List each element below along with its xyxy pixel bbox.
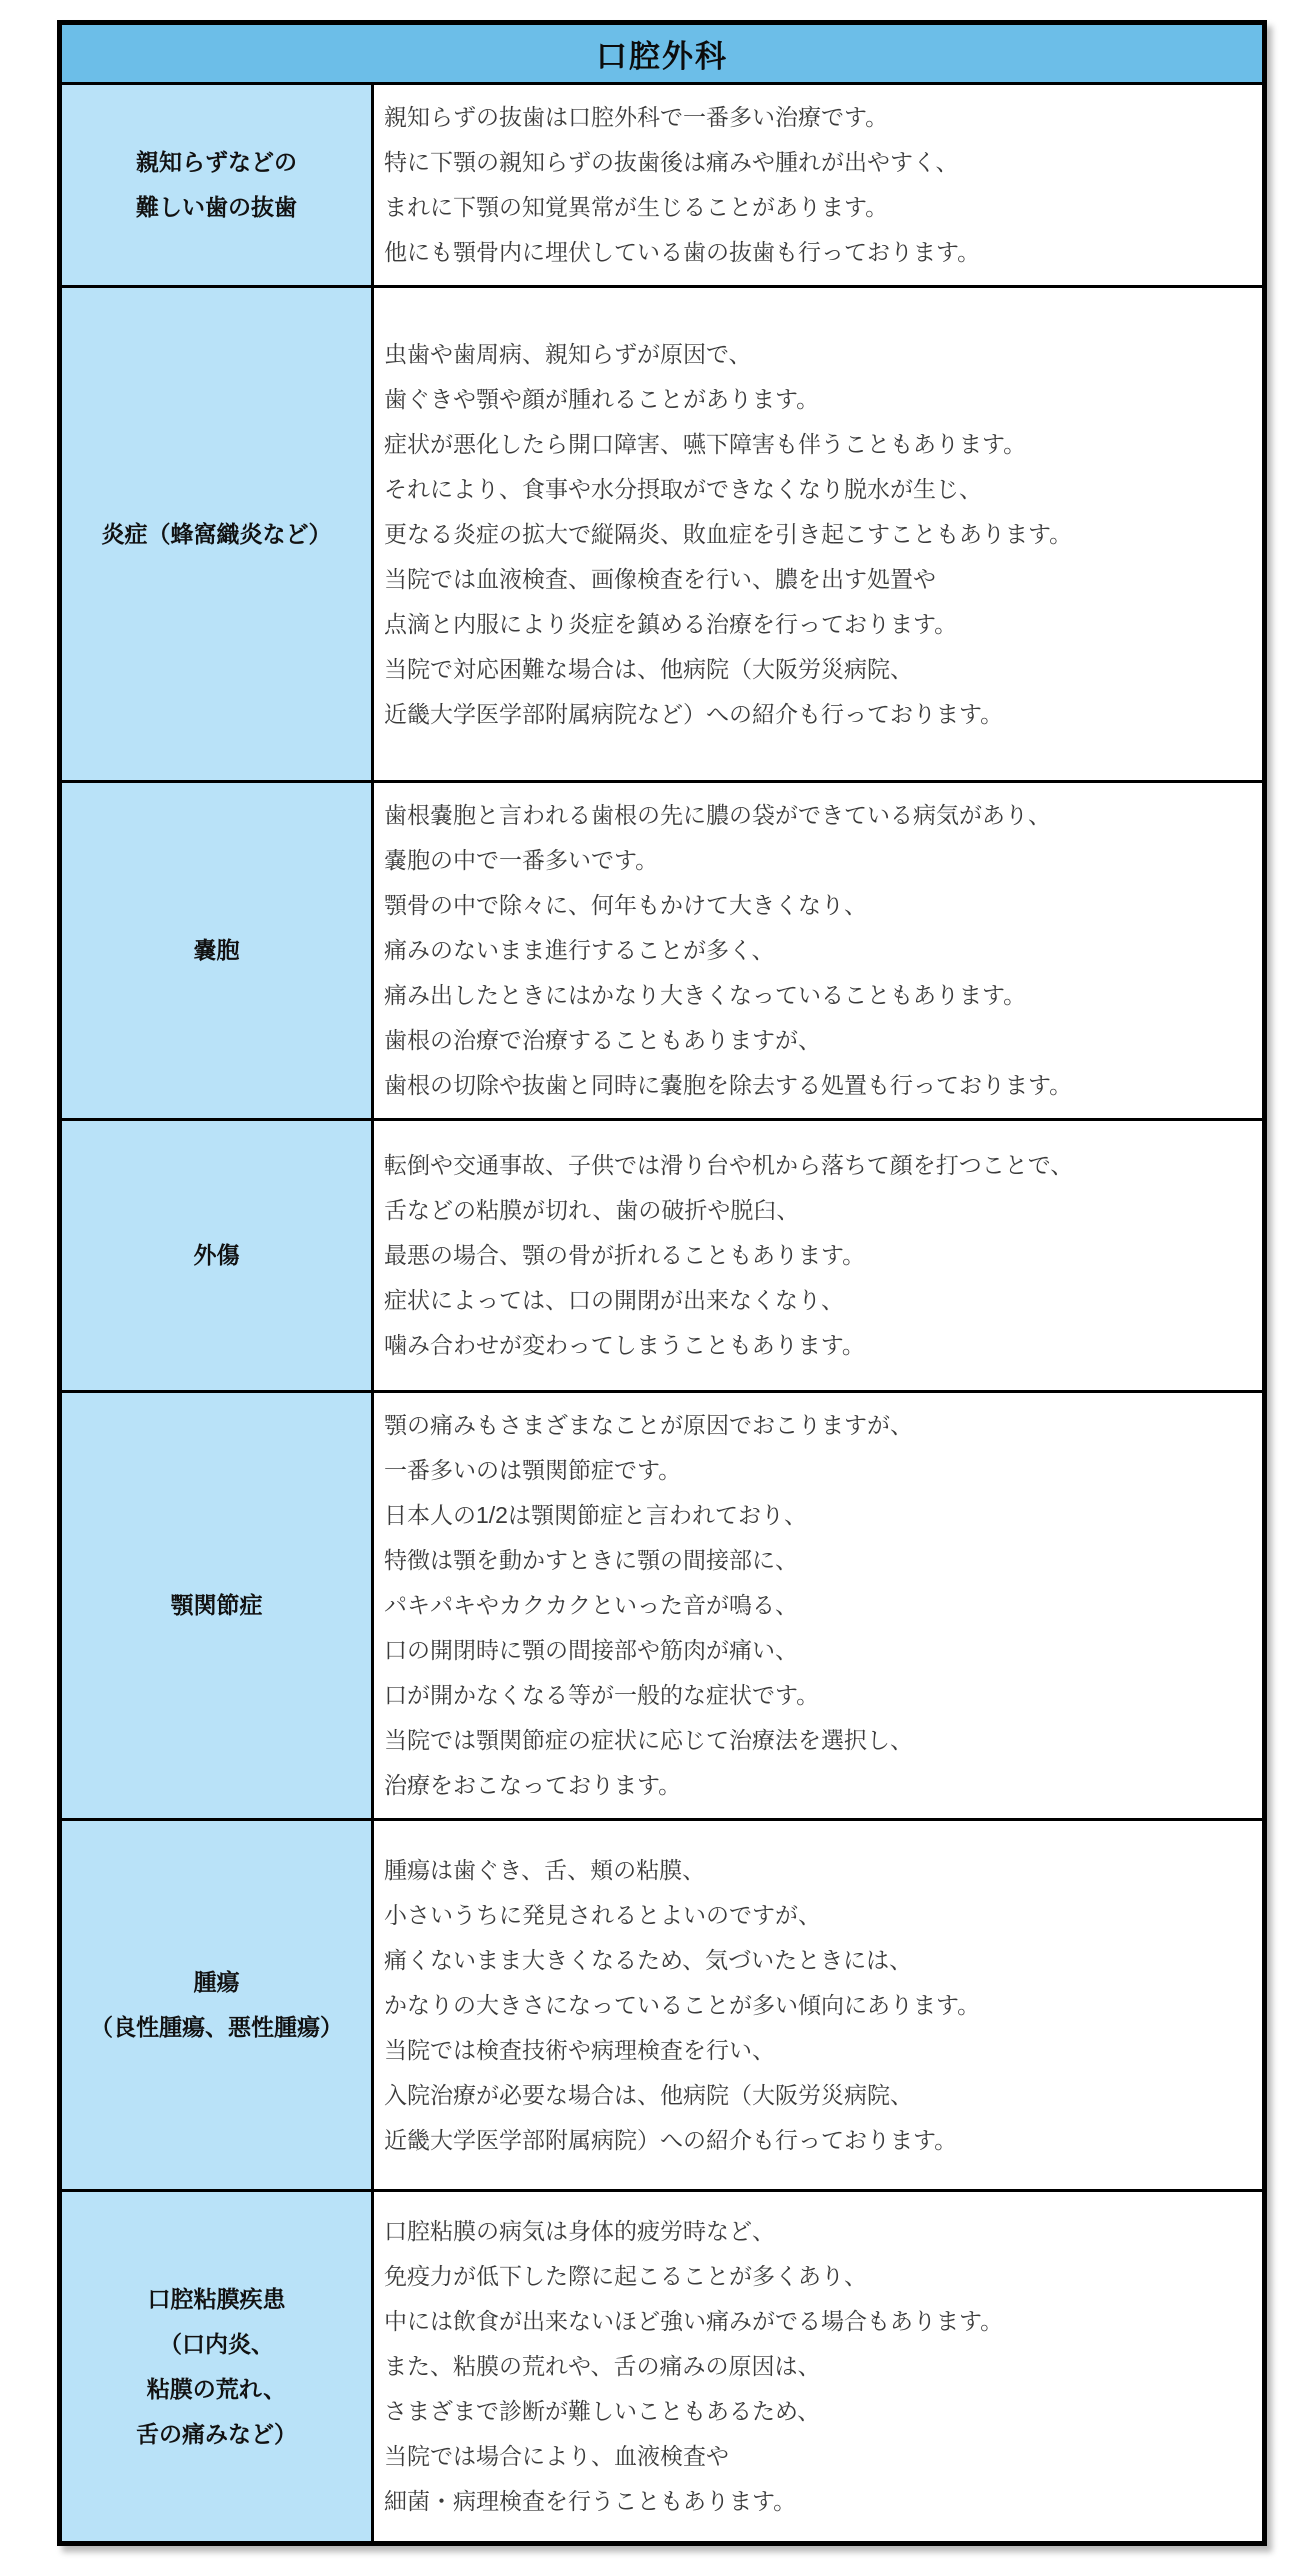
treatment-label-line: 舌の痛みなど） bbox=[136, 2412, 297, 2457]
description-line: 日本人の1/2は顎関節症と言われており、 bbox=[384, 1493, 1254, 1538]
table-row: 炎症（蜂窩織炎など） 虫歯や歯周病、親知らずが原因で、歯ぐきや顎や顔が腫れること… bbox=[62, 285, 1262, 780]
description-line: さまざまで診断が難しいこともあるため、 bbox=[384, 2389, 1254, 2434]
description-line: 虫歯や歯周病、親知らずが原因で、 bbox=[384, 332, 1254, 377]
table-rows: 親知らずなどの難しい歯の抜歯 親知らずの抜歯は口腔外科で一番多い治療です。特に下… bbox=[62, 85, 1262, 2541]
table-row: 親知らずなどの難しい歯の抜歯 親知らずの抜歯は口腔外科で一番多い治療です。特に下… bbox=[62, 85, 1262, 285]
description-line: パキパキやカクカクといった音が鳴る、 bbox=[384, 1583, 1254, 1628]
description-line: 口が開かなくなる等が一般的な症状です。 bbox=[384, 1673, 1254, 1718]
table-row: 嚢胞 歯根嚢胞と言われる歯根の先に膿の袋ができている病気があり、嚢胞の中で一番多… bbox=[62, 780, 1262, 1118]
description-line: 当院では血液検査、画像検査を行い、膿を出す処置や bbox=[384, 557, 1254, 602]
page: 口腔外科 親知らずなどの難しい歯の抜歯 親知らずの抜歯は口腔外科で一番多い治療で… bbox=[0, 0, 1304, 2560]
description-cell: 口腔粘膜の病気は身体的疲労時など、免疫力が低下した際に起こることが多くあり、中に… bbox=[374, 2192, 1262, 2541]
description-line: かなりの大きさになっていることが多い傾向にあります。 bbox=[384, 1983, 1254, 2028]
description-line: 顎の痛みもさまざまなことが原因でおこりますが、 bbox=[384, 1403, 1254, 1448]
description-line: 近畿大学医学部附属病院）への紹介も行っております。 bbox=[384, 2118, 1254, 2163]
description-line: 特徴は顎を動かすときに顎の間接部に、 bbox=[384, 1538, 1254, 1583]
table-row: 顎関節症 顎の痛みもさまざまなことが原因でおこりますが、一番多いのは顎関節症です… bbox=[62, 1390, 1262, 1818]
description-line: 顎骨の中で除々に、何年もかけて大きくなり、 bbox=[384, 883, 1254, 928]
description-line: 腫瘍は歯ぐき、舌、頬の粘膜、 bbox=[384, 1848, 1254, 1893]
description-line: 治療をおこなっております。 bbox=[384, 1763, 1254, 1808]
treatment-label-line: 顎関節症 bbox=[171, 1583, 263, 1628]
description-line: 症状が悪化したら開口障害、嚥下障害も伴うこともあります。 bbox=[384, 422, 1254, 467]
description-line: 嚢胞の中で一番多いです。 bbox=[384, 838, 1254, 883]
treatment-label-line: 粘膜の荒れ、 bbox=[147, 2367, 286, 2412]
description-cell: 転倒や交通事故、子供では滑り台や机から落ちて顔を打つことで、舌などの粘膜が切れ、… bbox=[374, 1121, 1262, 1390]
description-cell: 歯根嚢胞と言われる歯根の先に膿の袋ができている病気があり、嚢胞の中で一番多いです… bbox=[374, 783, 1262, 1118]
treatment-label-cell: 顎関節症 bbox=[62, 1393, 374, 1818]
description-line: 噛み合わせが変わってしまうこともあります。 bbox=[384, 1323, 1254, 1368]
treatment-label-line: （良性腫瘍、悪性腫瘍） bbox=[90, 2005, 343, 2050]
description-line: 歯ぐきや顎や顔が腫れることがあります。 bbox=[384, 377, 1254, 422]
description-line: 症状によっては、口の開閉が出来なくなり、 bbox=[384, 1278, 1254, 1323]
treatment-label-line: 腫瘍 bbox=[194, 1960, 240, 2005]
table-row: 外傷 転倒や交通事故、子供では滑り台や机から落ちて顔を打つことで、舌などの粘膜が… bbox=[62, 1118, 1262, 1390]
description-line: 近畿大学医学部附属病院など）への紹介も行っております。 bbox=[384, 692, 1254, 737]
description-line: それにより、食事や水分摂取ができなくなり脱水が生じ、 bbox=[384, 467, 1254, 512]
description-line: 中には飲食が出来ないほど強い痛みがでる場合もあります。 bbox=[384, 2299, 1254, 2344]
description-line: 痛くないまま大きくなるため、気づいたときには、 bbox=[384, 1938, 1254, 1983]
treatment-label-line: 炎症（蜂窩織炎など） bbox=[102, 512, 332, 557]
table-row: 口腔粘膜疾患（口内炎、粘膜の荒れ、舌の痛みなど） 口腔粘膜の病気は身体的疲労時な… bbox=[62, 2189, 1262, 2541]
description-cell: 親知らずの抜歯は口腔外科で一番多い治療です。特に下顎の親知らずの抜歯後は痛みや腫… bbox=[374, 85, 1262, 285]
treatment-label-line: 難しい歯の抜歯 bbox=[136, 185, 297, 230]
treatment-label-line: 外傷 bbox=[194, 1233, 240, 1278]
description-line: 特に下顎の親知らずの抜歯後は痛みや腫れが出やすく、 bbox=[384, 140, 1254, 185]
description-line: まれに下顎の知覚異常が生じることがあります。 bbox=[384, 185, 1254, 230]
treatment-label-cell: 口腔粘膜疾患（口内炎、粘膜の荒れ、舌の痛みなど） bbox=[62, 2192, 374, 2541]
treatment-label-line: 口腔粘膜疾患 bbox=[148, 2277, 286, 2322]
treatment-label-line: 嚢胞 bbox=[194, 928, 240, 973]
description-line: 免疫力が低下した際に起こることが多くあり、 bbox=[384, 2254, 1254, 2299]
description-line: 歯根の治療で治療することもありますが、 bbox=[384, 1018, 1254, 1063]
description-line: 親知らずの抜歯は口腔外科で一番多い治療です。 bbox=[384, 95, 1254, 140]
description-line: 入院治療が必要な場合は、他病院（大阪労災病院、 bbox=[384, 2073, 1254, 2118]
description-line: 歯根嚢胞と言われる歯根の先に膿の袋ができている病気があり、 bbox=[384, 793, 1254, 838]
description-cell: 腫瘍は歯ぐき、舌、頬の粘膜、小さいうちに発見されるとよいのですが、痛くないまま大… bbox=[374, 1821, 1262, 2189]
description-line: 一番多いのは顎関節症です。 bbox=[384, 1448, 1254, 1493]
description-line: 当院では検査技術や病理検査を行い、 bbox=[384, 2028, 1254, 2073]
description-line: 歯根の切除や抜歯と同時に嚢胞を除去する処置も行っております。 bbox=[384, 1063, 1254, 1108]
description-cell: 虫歯や歯周病、親知らずが原因で、歯ぐきや顎や顔が腫れることがあります。症状が悪化… bbox=[374, 288, 1262, 780]
description-cell: 顎の痛みもさまざまなことが原因でおこりますが、一番多いのは顎関節症です。日本人の… bbox=[374, 1393, 1262, 1818]
treatment-label-cell: 炎症（蜂窩織炎など） bbox=[62, 288, 374, 780]
description-line: 口腔粘膜の病気は身体的疲労時など、 bbox=[384, 2209, 1254, 2254]
table-title: 口腔外科 bbox=[62, 25, 1262, 85]
description-line: 転倒や交通事故、子供では滑り台や机から落ちて顔を打つことで、 bbox=[384, 1143, 1254, 1188]
description-line: 舌などの粘膜が切れ、歯の破折や脱臼、 bbox=[384, 1188, 1254, 1233]
description-line: 細菌・病理検査を行うこともあります。 bbox=[384, 2479, 1254, 2524]
description-line: 更なる炎症の拡大で縦隔炎、敗血症を引き起こすこともあります。 bbox=[384, 512, 1254, 557]
treatment-label-cell: 嚢胞 bbox=[62, 783, 374, 1118]
description-line: 最悪の場合、顎の骨が折れることもあります。 bbox=[384, 1233, 1254, 1278]
treatment-label-line: （口内炎、 bbox=[159, 2322, 274, 2367]
description-line: 痛み出したときにはかなり大きくなっていることもあります。 bbox=[384, 973, 1254, 1018]
description-line: また、粘膜の荒れや、舌の痛みの原因は、 bbox=[384, 2344, 1254, 2389]
description-line: 痛みのないまま進行することが多く、 bbox=[384, 928, 1254, 973]
description-line: 口の開閉時に顎の間接部や筋肉が痛い、 bbox=[384, 1628, 1254, 1673]
treatment-label-cell: 外傷 bbox=[62, 1121, 374, 1390]
description-line: 当院で対応困難な場合は、他病院（大阪労災病院、 bbox=[384, 647, 1254, 692]
description-line: 他にも顎骨内に埋伏している歯の抜歯も行っております。 bbox=[384, 230, 1254, 275]
description-line: 点滴と内服により炎症を鎮める治療を行っております。 bbox=[384, 602, 1254, 647]
description-line: 当院では顎関節症の症状に応じて治療法を選択し、 bbox=[384, 1718, 1254, 1763]
oral-surgery-table: 口腔外科 親知らずなどの難しい歯の抜歯 親知らずの抜歯は口腔外科で一番多い治療で… bbox=[57, 20, 1267, 2546]
treatment-label-cell: 親知らずなどの難しい歯の抜歯 bbox=[62, 85, 374, 285]
description-line: 当院では場合により、血液検査や bbox=[384, 2434, 1254, 2479]
table-row: 腫瘍（良性腫瘍、悪性腫瘍） 腫瘍は歯ぐき、舌、頬の粘膜、小さいうちに発見されると… bbox=[62, 1818, 1262, 2189]
description-line: 小さいうちに発見されるとよいのですが、 bbox=[384, 1893, 1254, 1938]
treatment-label-line: 親知らずなどの bbox=[136, 140, 297, 185]
treatment-label-cell: 腫瘍（良性腫瘍、悪性腫瘍） bbox=[62, 1821, 374, 2189]
